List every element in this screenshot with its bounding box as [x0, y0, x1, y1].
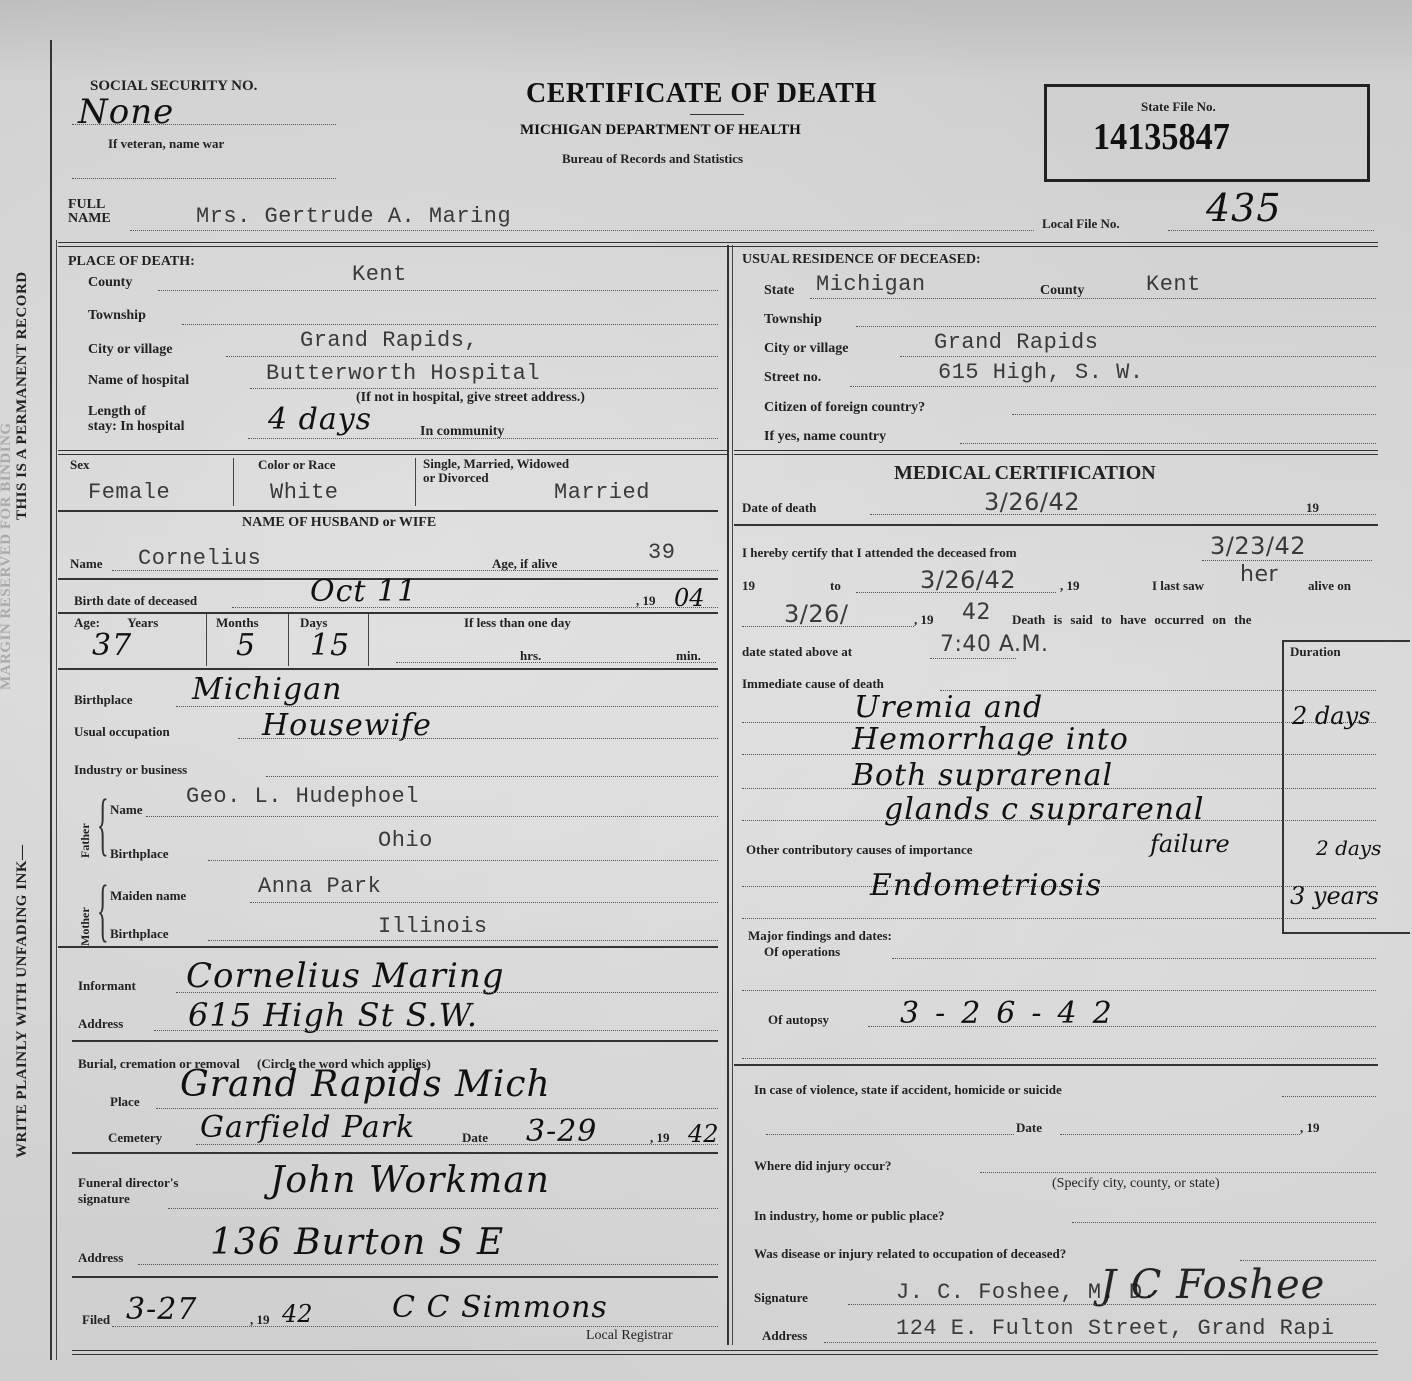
burial-place-line: [156, 1108, 718, 1109]
res-street-label: Street no.: [764, 370, 821, 386]
father-brace: {: [97, 790, 109, 860]
contributory-value: Endometriosis: [870, 868, 1102, 903]
father-name-label: Name: [110, 802, 143, 818]
physician-signature-label: Signature: [754, 1290, 808, 1306]
contributory-rule-2: [742, 918, 1376, 919]
informant-line: [176, 992, 718, 993]
parents-divider: [58, 946, 718, 948]
pod-hospital-label: Name of hospital: [88, 373, 189, 389]
marital-label: Single, Married, Widowedor Divorced: [423, 457, 569, 485]
duration-label: Duration: [1290, 644, 1341, 660]
burial-place-label: Place: [110, 1094, 140, 1110]
res-citizen-line: [1012, 414, 1376, 415]
res-state-value: Michigan: [816, 272, 926, 297]
attended-from-line: [1202, 560, 1372, 561]
years-value: 37: [92, 628, 132, 663]
informant-value: Cornelius Maring: [186, 956, 505, 996]
birth-divider: [58, 612, 718, 614]
pod-township-label: Township: [88, 308, 146, 324]
mother-name-line: [250, 902, 718, 903]
informant-label: Informant: [78, 978, 136, 994]
attended-from-value: 3/23/42: [1210, 532, 1306, 560]
director-address-value: 136 Burton S E: [210, 1222, 504, 1263]
res-state-line: [810, 298, 1376, 299]
ssn-line: [72, 124, 336, 125]
pod-stay-line: [248, 438, 718, 439]
spouse-age-value: 39: [648, 540, 675, 565]
director-address-label: Address: [78, 1250, 123, 1266]
director-address-line: [138, 1264, 718, 1265]
cause-rule-2: [742, 754, 1376, 755]
birth-date-label: Birth date of deceased: [74, 593, 197, 609]
violence-line: [1282, 1096, 1376, 1097]
occupation-related-line: [1240, 1260, 1376, 1261]
attended-to-value: 3/26/42: [920, 566, 1016, 594]
months-value: 5: [236, 628, 256, 663]
pod-county-line: [158, 290, 718, 291]
death-date-line: [870, 514, 1376, 515]
pod-hospital-value: Butterworth Hospital: [266, 361, 540, 386]
nineteen-2: , 19: [1060, 578, 1080, 594]
department-name: MICHIGAN DEPARTMENT OF HEALTH: [520, 122, 801, 139]
occupation-line: [238, 738, 718, 739]
birth-date-value: Oct 11: [310, 574, 417, 609]
days-value: 15: [310, 628, 350, 663]
spouse-heading: NAME OF HUSBAND or WIFE: [242, 515, 436, 531]
left-border-inner: [56, 240, 57, 1360]
physician-signature-line: [848, 1304, 1376, 1305]
mother-name-label: Maiden name: [110, 888, 186, 904]
nineteen-1: 19: [742, 578, 755, 594]
injury-place-label: In industry, home or public place?: [754, 1208, 944, 1224]
informant-divider: [72, 1040, 718, 1042]
autopsy-label: Of autopsy: [768, 1012, 829, 1028]
res-street-value: 615 High, S. W.: [938, 360, 1144, 385]
certify-text: I hereby certify that I attended the dec…: [742, 545, 1017, 561]
pod-city-line: [226, 356, 718, 357]
mother-side-label: Mother: [78, 907, 93, 946]
cemetery-line: [196, 1144, 718, 1145]
injury-where-label: Where did injury occur?: [754, 1158, 891, 1174]
res-county-label: County: [1040, 283, 1084, 299]
major-findings-label: Major findings and dates:: [748, 928, 892, 944]
years-months-divider: [206, 614, 207, 666]
margin-permanent-record-text: THIS IS A PERMANENT RECORD: [14, 271, 31, 520]
last-saw-year: 42: [962, 600, 991, 625]
state-file-number: 14135847: [1093, 115, 1230, 159]
occupation-label: Usual occupation: [74, 724, 170, 740]
death-occurred-text: Death is said to have occurred on the: [1012, 612, 1252, 628]
pod-stay-label: Length ofstay: In hospital: [88, 404, 184, 434]
res-state-label: State: [764, 283, 794, 299]
violence-date-line-1: [766, 1134, 1014, 1135]
birthplace-value: Michigan: [192, 672, 342, 707]
full-name-label: FULLNAME: [68, 198, 111, 226]
res-country-label: If yes, name country: [764, 429, 886, 445]
pod-stay-label-1: Length of: [88, 404, 146, 419]
res-township-label: Township: [764, 312, 822, 328]
last-saw-pronoun: her: [1240, 562, 1278, 587]
father-birthplace-label: Birthplace: [110, 846, 169, 862]
autopsy-line-2: [742, 1058, 1376, 1059]
margin-binding-text: MARGIN RESERVED FOR BINDING: [0, 422, 15, 690]
occupation-related-label: Was disease or injury related to occupat…: [754, 1246, 1066, 1262]
death-time-line: [930, 658, 1016, 659]
filed-year-value: 42: [282, 1300, 313, 1328]
death-date-label: Date of death: [742, 500, 816, 516]
injury-where-note: (Specify city, county, or state): [1052, 1176, 1220, 1192]
birthplace-line: [176, 706, 718, 707]
birthplace-label: Birthplace: [74, 692, 133, 708]
filed-label: Filed: [82, 1312, 110, 1328]
state-file-box: State File No. 14135847: [1044, 84, 1370, 182]
full-name-label-2: NAME: [68, 211, 111, 226]
left-border: [50, 40, 52, 1360]
pod-hospital-note: (If not in hospital, give street address…: [356, 390, 585, 406]
director-label: Funeral director'ssignature: [78, 1175, 179, 1207]
race-marital-divider: [415, 458, 416, 506]
bureau-name: Bureau of Records and Statistics: [562, 151, 743, 167]
cause-line-4: glands c suprarenal: [884, 792, 1205, 827]
autopsy-divider: [734, 1064, 1378, 1066]
last-saw-date: 3/26/: [784, 600, 848, 628]
pod-city-value: Grand Rapids,: [300, 328, 478, 353]
father-name-line: [146, 816, 718, 817]
death-certificate: THIS IS A PERMANENT RECORD WRITE PLAINLY…: [0, 0, 1412, 1381]
cemetery-value: Garfield Park: [200, 1110, 415, 1145]
injury-place-line: [1072, 1222, 1376, 1223]
operations-line-2: [742, 990, 1376, 991]
veteran-label: If veteran, name war: [108, 136, 224, 152]
informant-address-value: 615 High St S.W.: [188, 996, 478, 1034]
operations-label: Of operations: [764, 944, 840, 960]
death-time-value: 7:40 A.M.: [940, 632, 1049, 657]
spouse-line: [112, 570, 718, 571]
cause-line-2: Hemorrhage into: [852, 722, 1129, 757]
residence-heading: USUAL RESIDENCE OF DECEASED:: [742, 252, 981, 268]
alive-on-text: alive on: [1308, 578, 1351, 594]
father-birthplace-value: Ohio: [378, 828, 433, 853]
mother-name-value: Anna Park: [258, 874, 381, 899]
informant-address-label: Address: [78, 1016, 123, 1032]
duration-2: 2 days: [1316, 836, 1381, 860]
res-township-line: [856, 326, 1376, 327]
director-divider: [72, 1276, 718, 1278]
full-name-line: [130, 230, 1034, 231]
physician-address-label: Address: [762, 1328, 807, 1344]
margin-unfading-ink-text: WRITE PLAINLY WITH UNFADING INK—: [14, 844, 31, 1158]
date-stated-text: date stated above at: [742, 644, 852, 660]
state-file-label: State File No.: [1141, 99, 1216, 115]
cause-rule-4: [742, 820, 1376, 821]
mother-birthplace-value: Illinois: [378, 914, 488, 939]
attended-to-line: [856, 592, 1056, 593]
violence-date-line-2: [1060, 1134, 1300, 1135]
last-saw-year-prefix: , 19: [914, 612, 934, 628]
violence-date-label: Date: [1016, 1120, 1042, 1136]
spouse-name-label: Name: [70, 556, 103, 572]
res-city-label: City or village: [764, 341, 849, 357]
veteran-line: [72, 178, 336, 179]
pod-city-label: City or village: [88, 342, 173, 358]
registrar-signature: C C Simmons: [392, 1290, 608, 1325]
mother-birthplace-line: [208, 940, 718, 941]
director-label-2: signature: [78, 1191, 130, 1206]
res-citizen-label: Citizen of foreign country?: [764, 400, 925, 416]
mother-birthplace-label: Birthplace: [110, 926, 169, 942]
filed-date-value: 3-27: [126, 1292, 197, 1327]
sex-label: Sex: [70, 457, 90, 473]
to-label: to: [830, 578, 841, 594]
director-signature: John Workman: [270, 1160, 550, 1201]
res-country-line: [960, 443, 1376, 444]
days-hours-divider: [368, 614, 369, 666]
pod-hospital-line: [250, 388, 718, 389]
violence-year-label: , 19: [1300, 1120, 1320, 1136]
pod-county-label: County: [88, 275, 132, 291]
marital-label-1: Single, Married, Widowed: [423, 456, 569, 471]
director-label-1: Funeral director's: [78, 1175, 179, 1190]
sex-race-divider: [233, 458, 234, 506]
last-saw-text: I last saw: [1152, 578, 1204, 594]
res-county-value: Kent: [1146, 272, 1201, 297]
director-line: [168, 1208, 718, 1209]
pod-stay-value: 4 days: [268, 402, 372, 437]
race-label: Color or Race: [258, 457, 336, 473]
local-file-line: [1168, 230, 1374, 231]
pod-stay-label-2: stay: In hospital: [88, 419, 184, 434]
title-rule: [690, 114, 744, 115]
less-day-label: If less than one day: [464, 615, 571, 631]
last-saw-line: [742, 626, 914, 627]
mother-brace: {: [97, 876, 109, 946]
center-divider: [727, 245, 729, 1345]
residence-divider: [734, 450, 1378, 455]
ssn-value: None: [78, 92, 174, 132]
cause-rule-3: [742, 788, 1376, 789]
res-city-line: [900, 356, 1376, 357]
pod-township-line: [182, 324, 718, 325]
pod-divider: [58, 450, 728, 455]
cemetery-label: Cemetery: [108, 1130, 162, 1146]
hrs-line: [396, 662, 716, 663]
birth-date-line: [232, 607, 718, 608]
burial-place-value: Grand Rapids Mich: [180, 1064, 551, 1105]
industry-label: Industry or business: [74, 762, 187, 778]
father-side-label: Father: [78, 823, 93, 858]
duration-1: 2 days: [1292, 702, 1370, 730]
spouse-name-value: Cornelius: [138, 546, 261, 571]
injury-where-line: [980, 1172, 1376, 1173]
informant-address-line: [154, 1030, 718, 1031]
sex-value: Female: [88, 480, 170, 505]
full-name-label-1: FULL: [68, 197, 105, 212]
medical-heading: MEDICAL CERTIFICATION: [894, 462, 1156, 485]
physician-address-value: 124 E. Fulton Street, Grand Rapi: [896, 1316, 1334, 1341]
res-city-value: Grand Rapids: [934, 330, 1098, 355]
local-file-number: 435: [1206, 186, 1282, 230]
burial-divider: [72, 1152, 718, 1154]
cause-line-5: failure: [1150, 830, 1230, 858]
marital-value: Married: [554, 480, 650, 505]
certificate-title: CERTIFICATE OF DEATH: [526, 78, 877, 110]
race-value: White: [270, 480, 339, 505]
full-name-value: Mrs. Gertrude A. Maring: [196, 204, 511, 229]
res-street-line: [850, 386, 1376, 387]
contributory-label: Other contributory causes of importance: [746, 842, 973, 858]
industry-line: [266, 776, 718, 777]
marital-label-2: or Divorced: [423, 470, 489, 485]
cause-line-1: Uremia and: [854, 690, 1043, 725]
local-file-label: Local File No.: [1042, 216, 1120, 232]
physician-signature-handwritten: J C Foshee: [1100, 1262, 1325, 1308]
violence-label: In case of violence, state if accident, …: [754, 1082, 1062, 1098]
header-divider: [58, 242, 1378, 247]
place-of-death-heading: PLACE OF DEATH:: [68, 254, 195, 270]
registrar-label: Local Registrar: [586, 1328, 673, 1344]
months-days-divider: [288, 614, 289, 666]
age-divider: [58, 668, 718, 670]
center-divider-inner: [732, 245, 733, 1345]
operations-line: [892, 958, 1376, 959]
filed-line: [112, 1326, 718, 1327]
pod-county-value: Kent: [352, 262, 407, 287]
autopsy-line: [868, 1026, 1376, 1027]
bottom-divider: [72, 1350, 1378, 1355]
death-date-divider: [734, 524, 1378, 526]
physician-address-line: [824, 1342, 1376, 1343]
sex-row-divider: [58, 510, 718, 512]
father-birthplace-line: [208, 860, 718, 861]
death-date-value: 3/26/42: [984, 488, 1080, 516]
father-name-value: Geo. L. Hudephoel: [186, 784, 419, 809]
